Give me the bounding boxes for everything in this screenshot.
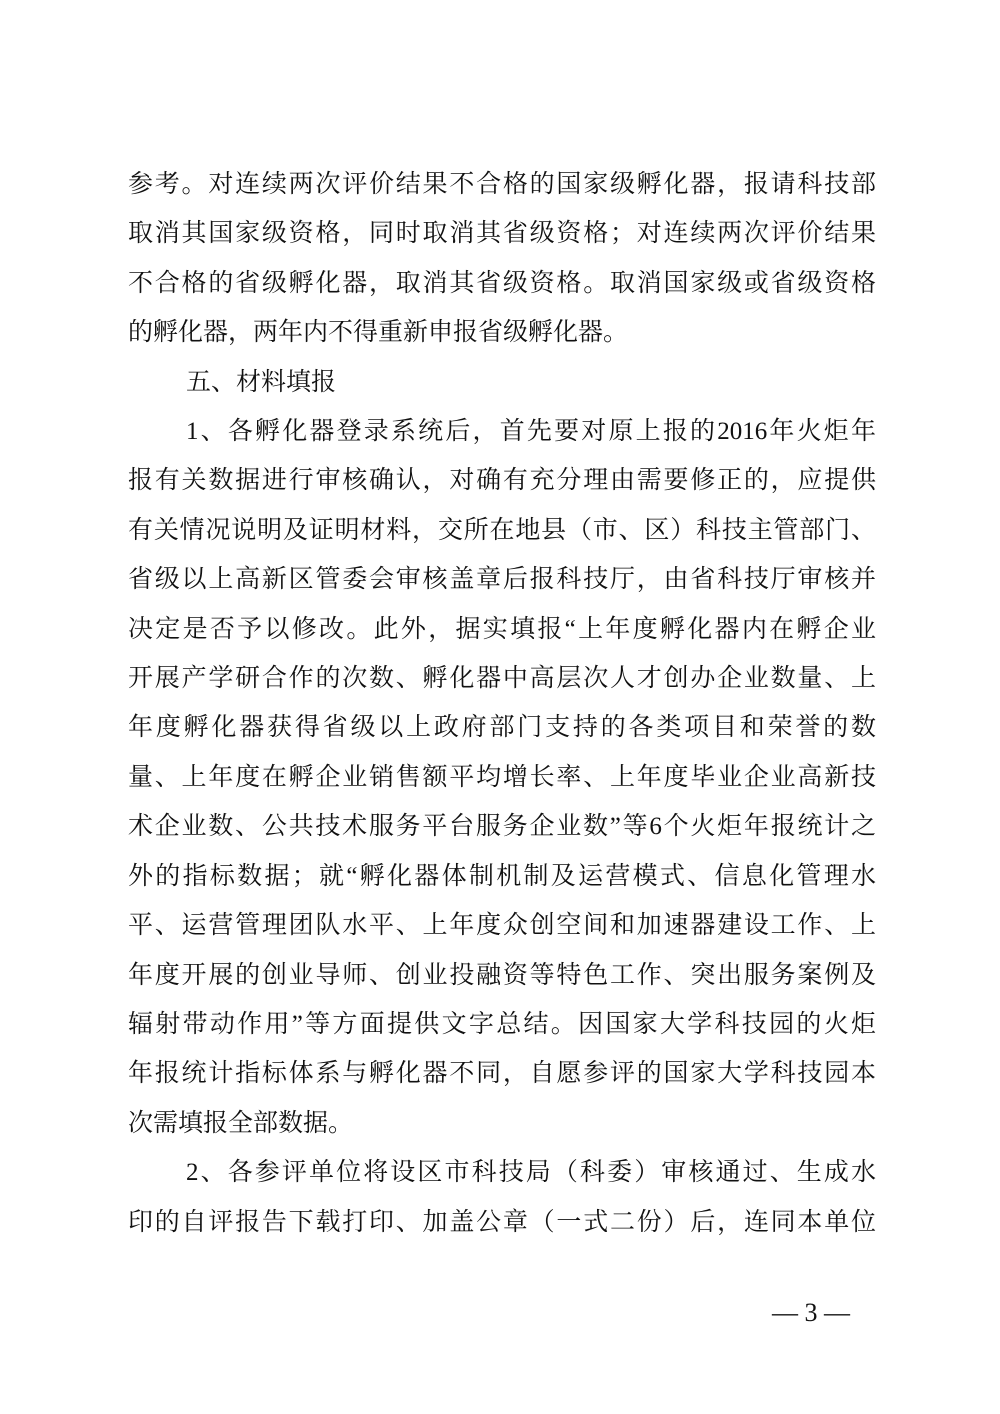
text-line: 平、运营管理团队水平、上年度众创空间和加速器建设工作、上 [128,901,876,950]
text-line: 报有关数据进行审核确认，对确有充分理由需要修正的，应提供 [128,456,876,505]
document-page: 参考。对连续两次评价结果不合格的国家级孵化器，报请科技部取消其国家级资格，同时取… [0,0,1000,1414]
text-line: 决定是否予以修改。此外，据实填报“上年度孵化器内在孵企业 [128,605,876,654]
text-line: 印的自评报告下载打印、加盖公章（一式二份）后，连同本单位 [128,1198,876,1247]
text-line: 开展产学研合作的次数、孵化器中高层次人才创办企业数量、上 [128,654,876,703]
text-line: 辐射带动作用”等方面提供文字总结。因国家大学科技园的火炬 [128,1000,876,1049]
document-body: 参考。对连续两次评价结果不合格的国家级孵化器，报请科技部取消其国家级资格，同时取… [128,160,876,1247]
text-line: 参考。对连续两次评价结果不合格的国家级孵化器，报请科技部 [128,160,876,209]
text-line: 不合格的省级孵化器，取消其省级资格。取消国家级或省级资格 [128,259,876,308]
text-line: 2、各参评单位将设区市科技局（科委）审核通过、生成水 [128,1148,876,1197]
text-line: 量、上年度在孵企业销售额平均增长率、上年度毕业企业高新技 [128,753,876,802]
page-number: — 3 — [772,1298,850,1328]
text-line: 次需填报全部数据。 [128,1099,876,1148]
text-line: 有关情况说明及证明材料，交所在地县（市、区）科技主管部门、 [128,506,876,555]
text-line: 外的指标数据；就“孵化器体制机制及运营模式、信息化管理水 [128,852,876,901]
text-line: 年报统计指标体系与孵化器不同，自愿参评的国家大学科技园本 [128,1049,876,1098]
text-line: 省级以上高新区管委会审核盖章后报科技厅，由省科技厅审核并 [128,555,876,604]
text-line: 年度孵化器获得省级以上政府部门支持的各类项目和荣誉的数 [128,703,876,752]
text-line: 术企业数、公共技术服务平台服务企业数”等6个火炬年报统计之 [128,802,876,851]
text-line: 取消其国家级资格，同时取消其省级资格；对连续两次评价结果 [128,209,876,258]
section-heading: 五、材料填报 [128,358,876,407]
text-line: 年度开展的创业导师、创业投融资等特色工作、突出服务案例及 [128,951,876,1000]
text-line: 1、各孵化器登录系统后，首先要对原上报的2016年火炬年 [128,407,876,456]
text-line: 的孵化器，两年内不得重新申报省级孵化器。 [128,308,876,357]
